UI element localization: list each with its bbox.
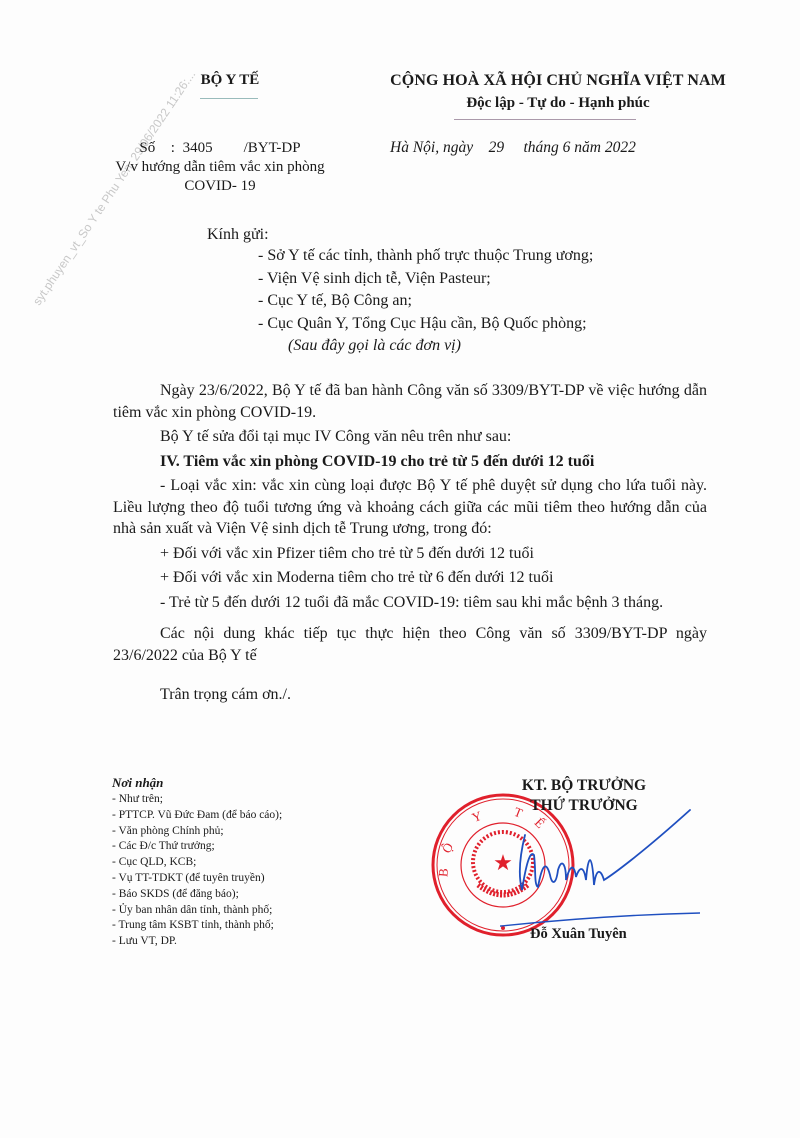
body-paragraph: Ngày 23/6/2022, Bộ Y tế đã ban hành Công… [113,380,707,423]
document-number-block: Số : 3405 /BYT-DP V/v hướng dẫn tiêm vắc… [90,139,350,196]
document-body: Ngày 23/6/2022, Bộ Y tế đã ban hành Công… [113,380,707,709]
recipient-item: - Trung tâm KSBT tỉnh, thành phố; [112,918,282,934]
recipients-title: Nơi nhận [112,775,163,791]
recipient-item: - Văn phòng Chính phủ; [112,824,282,840]
closing-line: Trân trọng cám ơn./. [113,684,707,706]
recipient-item: - Cục QLD, KCB; [112,855,282,871]
recipient-item: - PTTCP. Vũ Đức Đam (để báo cáo); [112,808,282,824]
handwritten-signature-icon [500,795,700,935]
recipients-list: - Như trên; - PTTCP. Vũ Đức Đam (để báo … [112,792,282,950]
body-paragraph: - Loại vắc xin: vắc xin cùng loại được B… [113,475,707,540]
recipient-item: - Báo SKDS (để đăng báo); [112,887,282,903]
document-number: Số : 3405 /BYT-DP [90,139,350,158]
body-paragraph: Các nội dung khác tiếp tục thực hiện the… [113,623,707,666]
motto-underline [454,119,636,120]
subject-line-2: COVID- 19 [90,177,350,196]
addressee-item: - Cục Y tế, Bộ Công an; [258,290,593,313]
country-name: CỘNG HOÀ XÃ HỘI CHỦ NGHĨA VIỆT NAM [358,72,758,90]
bullet-item: + Đối với vắc xin Moderna tiêm cho trẻ t… [113,567,707,589]
recipient-item: - Lưu VT, DP. [112,934,282,950]
bullet-item: + Đối với vắc xin Pfizer tiêm cho trẻ từ… [113,543,707,565]
recipient-item: - Vụ TT-TDKT (để tuyên truyền) [112,871,282,887]
addressee-item: - Cục Quân Y, Tổng Cục Hậu cần, Bộ Quốc … [258,313,593,336]
agency-underline [200,98,258,99]
national-motto: Độc lập - Tự do - Hạnh phúc [358,95,758,112]
addressee-note: (Sau đây gọi là các đơn vị) [258,335,593,358]
subject-line-1: V/v hướng dẫn tiêm vắc xin phòng [90,158,350,177]
signer-name: Đỗ Xuân Tuyên [530,926,627,943]
addressee-item: - Viện Vệ sinh dịch tễ, Viện Pasteur; [258,268,593,291]
addressee-item: - Sở Y tế các tỉnh, thành phố trực thuộc… [258,245,593,268]
issuing-agency: BỘ Y TẾ [160,72,300,89]
greeting: Kính gửi: [207,226,269,244]
recipient-item: - Ủy ban nhân dân tỉnh, thành phố; [112,903,282,919]
signature-title-line-1: KT. BỘ TRƯỞNG [484,776,684,796]
recipient-item: - Như trên; [112,792,282,808]
body-paragraph: Bộ Y tế sửa đổi tại mục IV Công văn nêu … [113,426,707,448]
date-line: Hà Nội, ngày 29 tháng 6 năm 2022 [390,139,636,157]
addressee-list: - Sở Y tế các tỉnh, thành phố trực thuộc… [258,245,593,358]
section-heading: IV. Tiêm vắc xin phòng COVID-19 cho trẻ … [113,451,707,473]
recipient-item: - Các Đ/c Thứ trưởng; [112,839,282,855]
body-paragraph: - Trẻ từ 5 đến dưới 12 tuổi đã mắc COVID… [113,592,707,614]
